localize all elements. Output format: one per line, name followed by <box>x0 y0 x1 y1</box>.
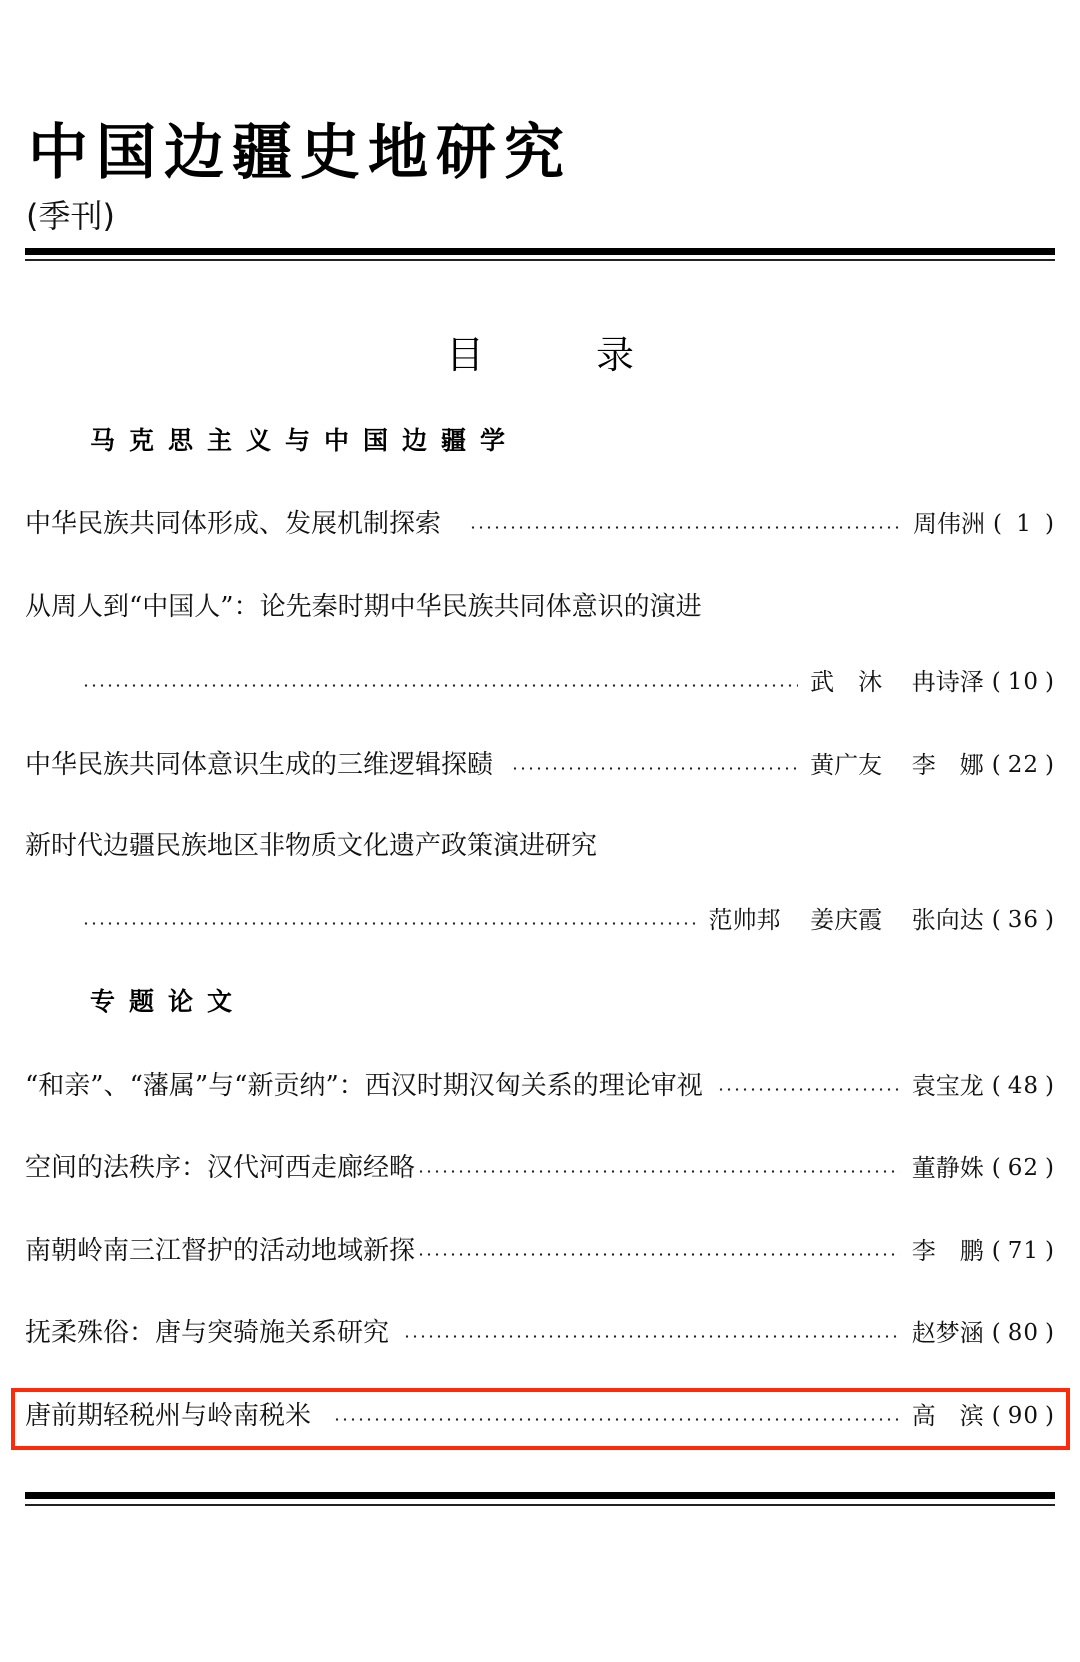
author: 董静姝 <box>912 1154 984 1182</box>
page-number: 22 <box>1008 745 1039 785</box>
author: 黄广友 <box>810 751 882 779</box>
dot-leader <box>403 1334 900 1338</box>
toc-entry[interactable]: 中华民族共同体意识生成的三维逻辑探赜 黄广友 李 娜 (22) <box>25 745 1055 785</box>
dot-leader <box>717 1087 900 1091</box>
entry-authors: 黄广友 李 娜 <box>810 745 984 785</box>
entry-title: 中华民族共同体形成、发展机制探索 <box>25 504 441 544</box>
page-number: 62 <box>1008 1148 1039 1188</box>
dot-leader <box>82 683 798 687</box>
page-number: 80 <box>1008 1313 1039 1353</box>
entry-page: (62) <box>992 1148 1055 1188</box>
author: 张向达 <box>912 906 984 934</box>
toc-heading-char-2: 录 <box>596 330 634 380</box>
toc-entry[interactable]: 抚柔殊俗：唐与突骑施关系研究 赵梦涵 (80) <box>25 1313 1055 1353</box>
entry-page: (48) <box>992 1066 1055 1106</box>
entry-page: (36) <box>992 900 1055 940</box>
entry-title: 空间的法秩序：汉代河西走廊经略 <box>25 1148 415 1188</box>
page-number: 10 <box>1008 662 1039 702</box>
author: 冉诗泽 <box>912 668 984 696</box>
entry-authors: 范帅邦 姜庆霞 张向达 <box>708 900 983 940</box>
entry-title: 南朝岭南三江督护的活动地域新探 <box>25 1231 415 1271</box>
top-rule-thin <box>25 259 1055 261</box>
journal-title: 中国边疆史地研究 <box>28 118 572 188</box>
author: 武 沐 <box>810 668 882 696</box>
entry-page: (80) <box>992 1313 1055 1353</box>
entry-page: (71) <box>992 1231 1055 1271</box>
toc-entry[interactable]: 南朝岭南三江督护的活动地域新探 李 鹏 (71) <box>25 1231 1055 1271</box>
toc-entry[interactable]: “和亲”、“藩属”与“新贡纳”：西汉时期汉匈关系的理论审视 袁宝龙 (48) <box>25 1066 1055 1106</box>
entry-authors: 周伟洲 <box>913 504 985 544</box>
page-number: 36 <box>1008 900 1039 940</box>
entry-title: 中华民族共同体意识生成的三维逻辑探赜 <box>25 745 493 785</box>
entry-authors: 李 鹏 <box>912 1231 984 1271</box>
author: 姜庆霞 <box>810 906 882 934</box>
author: 赵梦涵 <box>912 1319 984 1347</box>
page-number: 71 <box>1008 1231 1039 1271</box>
author: 李 鹏 <box>912 1237 984 1265</box>
entry-authors: 赵梦涵 <box>912 1313 984 1353</box>
entry-page: (22) <box>992 745 1055 785</box>
dot-leader <box>417 1252 900 1256</box>
toc-heading-char-1: 目 <box>446 330 484 380</box>
entry-title[interactable]: 从周人到“中国人”：论先秦时期中华民族共同体意识的演进 <box>25 587 702 627</box>
author: 范帅邦 <box>708 906 780 934</box>
bottom-rule-thick <box>25 1492 1055 1499</box>
bottom-rule-thin <box>25 1504 1055 1506</box>
author: 高 滨 <box>912 1402 984 1430</box>
entry-title: 唐前期轻税州与岭南税米 <box>25 1396 311 1436</box>
toc-entry-continuation[interactable]: 范帅邦 姜庆霞 张向达 (36) <box>82 900 1055 940</box>
section-title-special-papers: 专题论文 <box>90 985 246 1019</box>
dot-leader <box>333 1417 900 1421</box>
toc-entry[interactable]: 中华民族共同体形成、发展机制探索 周伟洲 (1) <box>25 504 1055 544</box>
dot-leader <box>417 1169 900 1173</box>
entry-authors: 高 滨 <box>912 1396 984 1436</box>
dot-leader <box>469 525 901 529</box>
top-rule-thick <box>25 248 1055 255</box>
section-title-marxism: 马克思主义与中国边疆学 <box>90 424 519 458</box>
entry-title[interactable]: 新时代边疆民族地区非物质文化遗产政策演进研究 <box>25 826 597 866</box>
dot-leader <box>511 766 798 770</box>
author: 袁宝龙 <box>912 1072 984 1100</box>
toc-entry-continuation[interactable]: 武 沐 冉诗泽 (10) <box>82 662 1055 702</box>
entry-page: (1) <box>993 504 1055 544</box>
toc-heading: 目 录 <box>0 330 1080 380</box>
dot-leader <box>82 921 696 925</box>
entry-page: (90) <box>992 1396 1055 1436</box>
entry-page: (10) <box>992 662 1055 702</box>
entry-authors: 袁宝龙 <box>912 1066 984 1106</box>
journal-subtitle: (季刊) <box>26 196 115 236</box>
author: 周伟洲 <box>913 510 985 538</box>
page-number: 48 <box>1008 1066 1039 1106</box>
page-number: 1 <box>1009 504 1039 544</box>
entry-title: 抚柔殊俗：唐与突骑施关系研究 <box>25 1313 389 1353</box>
page-number: 90 <box>1008 1396 1039 1436</box>
toc-entry-highlighted[interactable]: 唐前期轻税州与岭南税米 高 滨 (90) <box>25 1396 1055 1436</box>
entry-authors: 董静姝 <box>912 1148 984 1188</box>
author: 李 娜 <box>912 751 984 779</box>
entry-authors: 武 沐 冉诗泽 <box>810 662 984 702</box>
toc-entry[interactable]: 空间的法秩序：汉代河西走廊经略 董静姝 (62) <box>25 1148 1055 1188</box>
entry-title: “和亲”、“藩属”与“新贡纳”：西汉时期汉匈关系的理论审视 <box>25 1066 703 1106</box>
